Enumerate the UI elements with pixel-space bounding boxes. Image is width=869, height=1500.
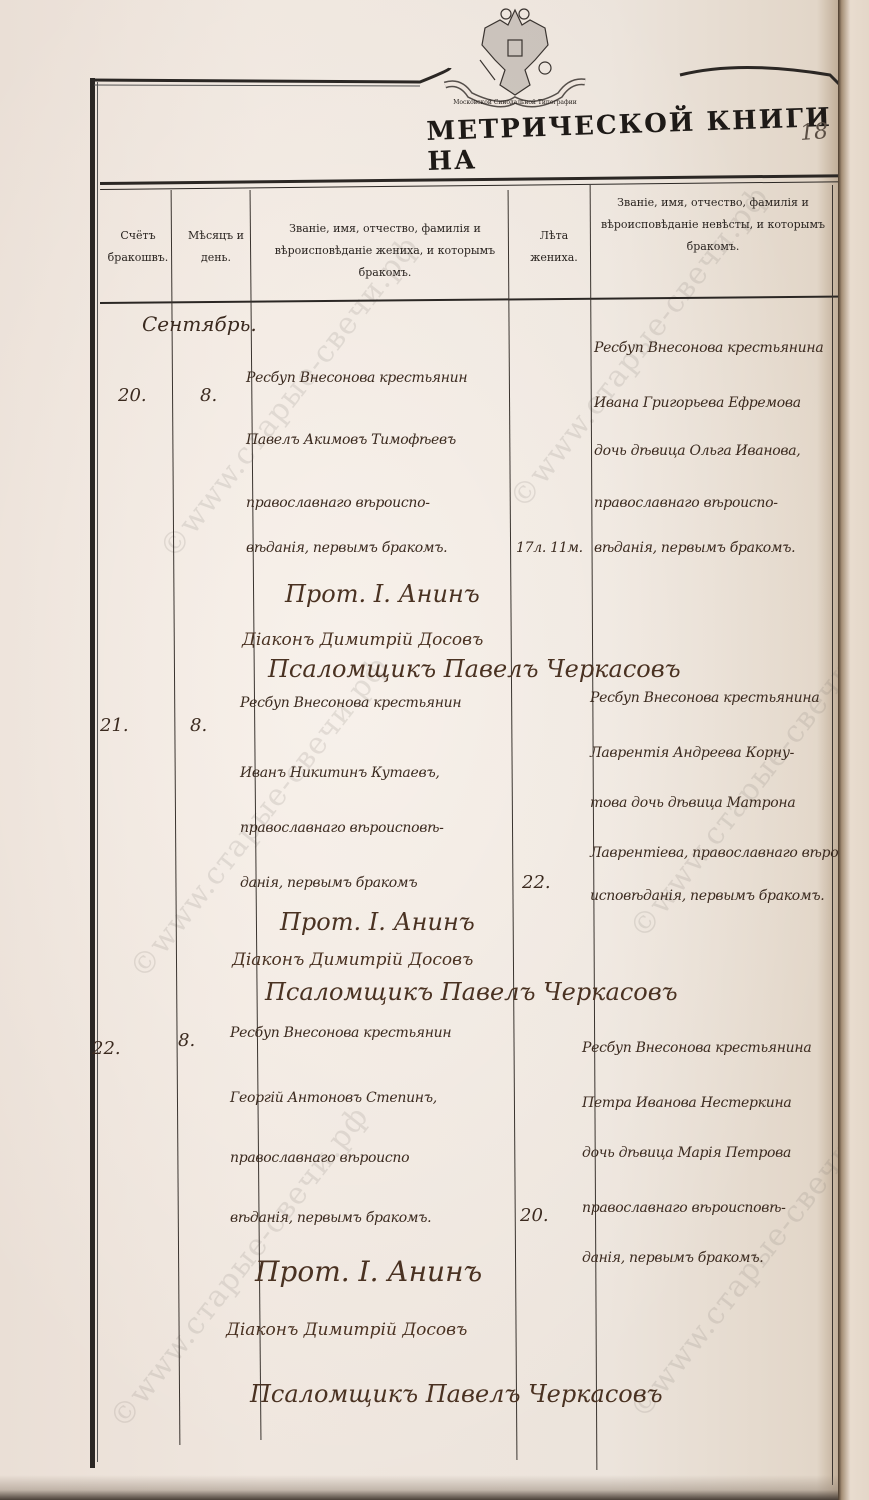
month-heading: Сентябрь.	[142, 312, 257, 336]
priest-signature: Прот. І. Анинъ	[280, 908, 475, 936]
register-page: ©www.старые-свечи.рф ©www.старые-свечи.р…	[0, 0, 869, 1500]
psalmist-signature: Псаломщикъ Павелъ Черкасовъ	[265, 978, 678, 1006]
bride-line: Лаврентіева, православнаго вѣро-	[590, 845, 843, 861]
bride-line: исповѣданія, первымъ бракомъ.	[590, 888, 824, 904]
entry-number: 21.	[100, 715, 129, 736]
page-bottom-shadow	[0, 1475, 869, 1500]
bride-line: Ресбуп Внесонова крестьянина	[590, 690, 819, 706]
adjacent-page-edge	[838, 0, 869, 1500]
psalmist-signature: Псаломщикъ Павелъ Черкасовъ	[250, 1380, 663, 1408]
groom-line: Павелъ Акимовъ Тимофѣевъ	[246, 432, 456, 448]
entry-day: 8.	[190, 715, 207, 736]
bride-line: вѣданія, первымъ бракомъ.	[594, 540, 795, 556]
column-divider	[832, 185, 833, 1485]
entry-number: 22.	[92, 1038, 121, 1059]
groom-line: Ресбуп Внесонова крестьянин	[240, 695, 461, 711]
entry-day: 8.	[200, 385, 217, 406]
page-frame-top-rule	[90, 40, 850, 100]
column-header-groom: Званіе, имя, отчество, фамилія и вѣроисп…	[265, 218, 505, 284]
page-frame-left-inner	[97, 82, 98, 1462]
emblem-banner-text: Московской Синодальной Типографии	[453, 99, 576, 106]
groom-line: Георгій Антоновъ Степинъ,	[230, 1090, 437, 1106]
priest-signature: Прот. І. Анинъ	[255, 1255, 482, 1288]
bride-line: Ресбуп Внесонова крестьянина	[594, 340, 823, 356]
column-header-count: Счётъ бракошвъ.	[103, 225, 173, 269]
column-header-groom-age: Лѣта жениха.	[520, 225, 588, 269]
priest-signature: Прот. І. Анинъ	[285, 580, 480, 608]
groom-line: Иванъ Никитинъ Кутаевъ,	[240, 765, 440, 781]
groom-line: данія, первымъ бракомъ	[240, 875, 417, 891]
bride-line: Лаврентія Андреева Корну-	[590, 745, 794, 761]
bride-line: данія, первымъ бракомъ.	[582, 1250, 763, 1266]
column-divider	[171, 190, 181, 1445]
bride-line: православнаго вѣроиспо-	[594, 495, 778, 511]
deacon-signature: Діаконъ Димитрій Досовъ	[226, 1320, 467, 1340]
bride-line: Ивана Григорьева Ефремова	[594, 395, 801, 411]
page-frame-left	[90, 78, 95, 1468]
header-bottom-rule	[100, 295, 845, 304]
entry-number: 20.	[118, 385, 147, 406]
bride-line: дочь дѣвица Ольга Иванова,	[594, 443, 800, 459]
entry-day: 8.	[178, 1030, 195, 1051]
groom-line: вѣданія, первымъ бракомъ.	[246, 540, 447, 556]
deacon-signature: Діаконъ Димитрій Досовъ	[232, 950, 473, 970]
bride-line: Ресбуп Внесонова крестьянина	[582, 1040, 811, 1056]
bride-line: дочь дѣвица Марія Петрова	[582, 1145, 791, 1161]
groom-line: православнаго вѣроиспо-	[246, 495, 430, 511]
groom-age: 20.	[520, 1205, 549, 1226]
column-header-date: Мѣсяцъ и день.	[180, 225, 252, 269]
groom-line: Ресбуп Внесонова крестьянин	[246, 370, 467, 386]
bride-line: православнаго вѣроисповѣ-	[582, 1200, 786, 1216]
column-header-bride: Званіе, имя, отчество, фамилія и вѣроисп…	[598, 192, 828, 258]
groom-line: православнаго вѣроиспо	[230, 1150, 409, 1166]
groom-line: Ресбуп Внесонова крестьянин	[230, 1025, 451, 1041]
deacon-signature: Діаконъ Димитрій Досовъ	[242, 630, 483, 650]
groom-line: вѣданія, первымъ бракомъ.	[230, 1210, 431, 1226]
groom-age: 22.	[522, 872, 551, 893]
groom-line: православнаго вѣроисповѣ-	[240, 820, 444, 836]
header-top-rule	[100, 174, 845, 190]
bride-line: това дочь дѣвица Матрона	[590, 795, 795, 811]
title-year: 18	[799, 119, 829, 146]
bride-line: Петра Иванова Нестеркина	[582, 1095, 791, 1111]
groom-age: 17л. 11м.	[516, 540, 583, 556]
psalmist-signature: Псаломщикъ Павелъ Черкасовъ	[268, 655, 681, 683]
column-divider	[508, 190, 518, 1460]
